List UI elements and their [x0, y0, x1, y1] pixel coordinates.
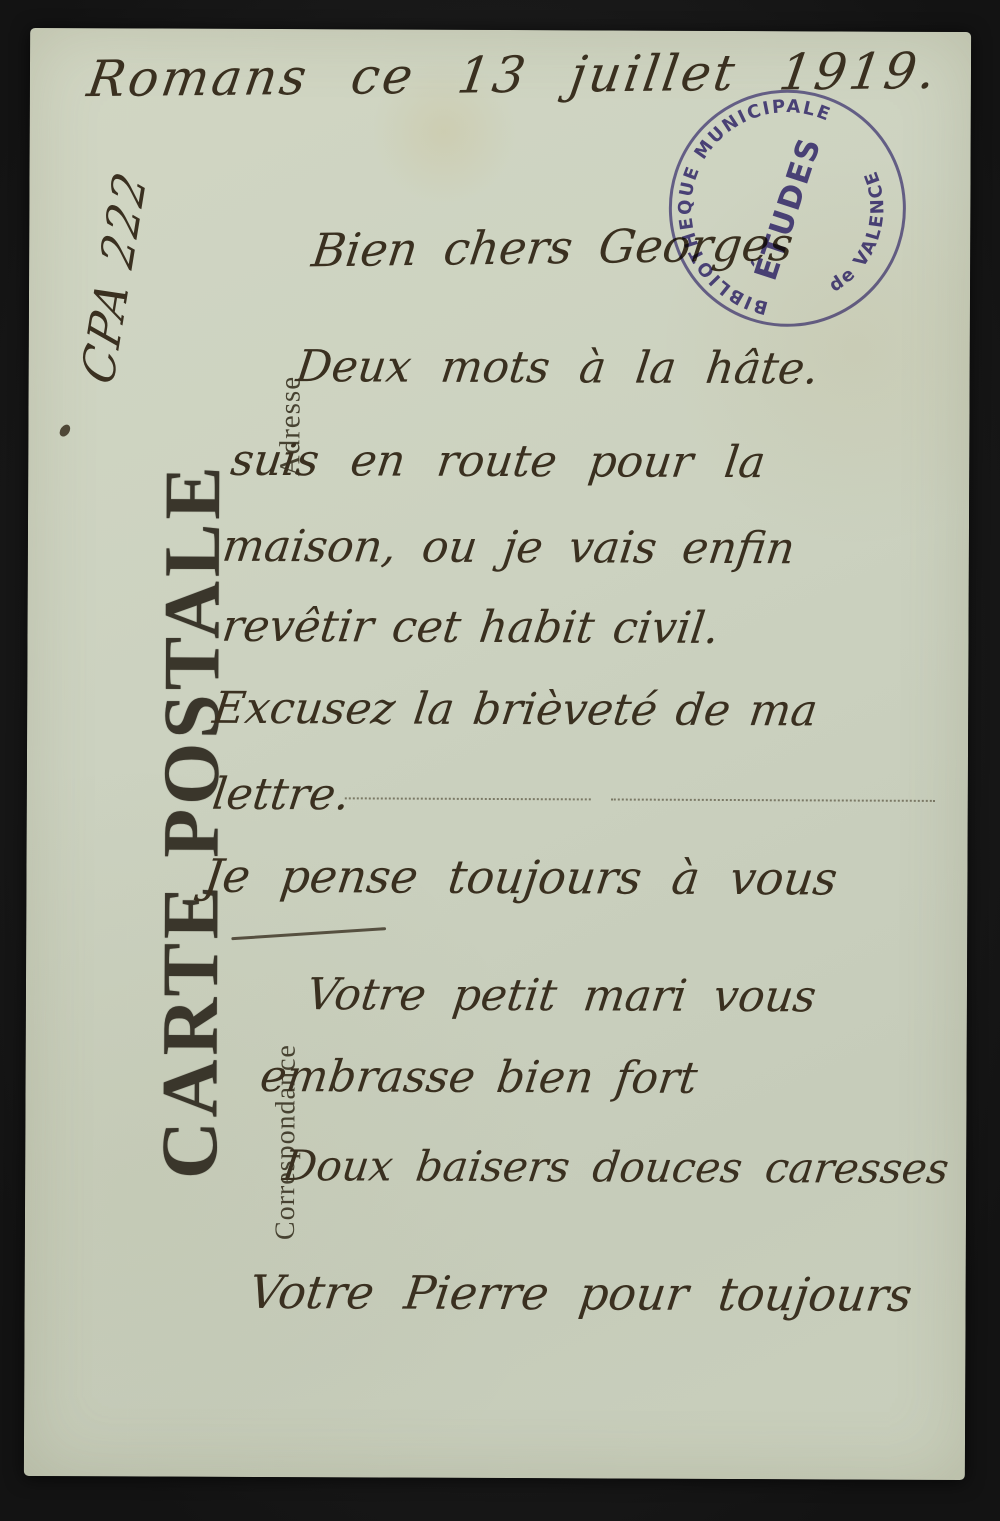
- scan-background: { "scan": { "background_color": "#1d1d1d…: [0, 0, 1000, 1521]
- message-line: Doux baisers douces caresses: [280, 1141, 952, 1193]
- stamp-center-text: ÉTUDES: [748, 132, 829, 285]
- message-line: maison, ou je vais enfin: [220, 521, 798, 574]
- message-line: embrasse bien fort: [257, 1051, 700, 1104]
- message-line: lettre.: [210, 769, 353, 821]
- catalog-annotation: CPA 222: [67, 140, 161, 415]
- message-line: Excusez la brièveté de ma: [210, 683, 821, 737]
- message-line: Deux mots à la hâte.: [293, 341, 821, 394]
- message-line: Votre petit mari vous: [304, 969, 819, 1022]
- postcard: CARTE POSTALE Adresse Correspondance Rom…: [24, 28, 971, 1480]
- stamp-arc-bottom-text: de VALENCE: [821, 162, 905, 305]
- message-line: Votre Pierre pour toujours: [246, 1265, 915, 1322]
- message-line: suis en route pour la: [228, 435, 768, 488]
- message-line: Je pense toujours à vous: [201, 849, 840, 906]
- printed-address-line: [345, 797, 591, 800]
- printed-address-line: [611, 798, 935, 801]
- ink-dot: [57, 423, 72, 439]
- message-line: revêtir cet habit civil.: [219, 601, 722, 654]
